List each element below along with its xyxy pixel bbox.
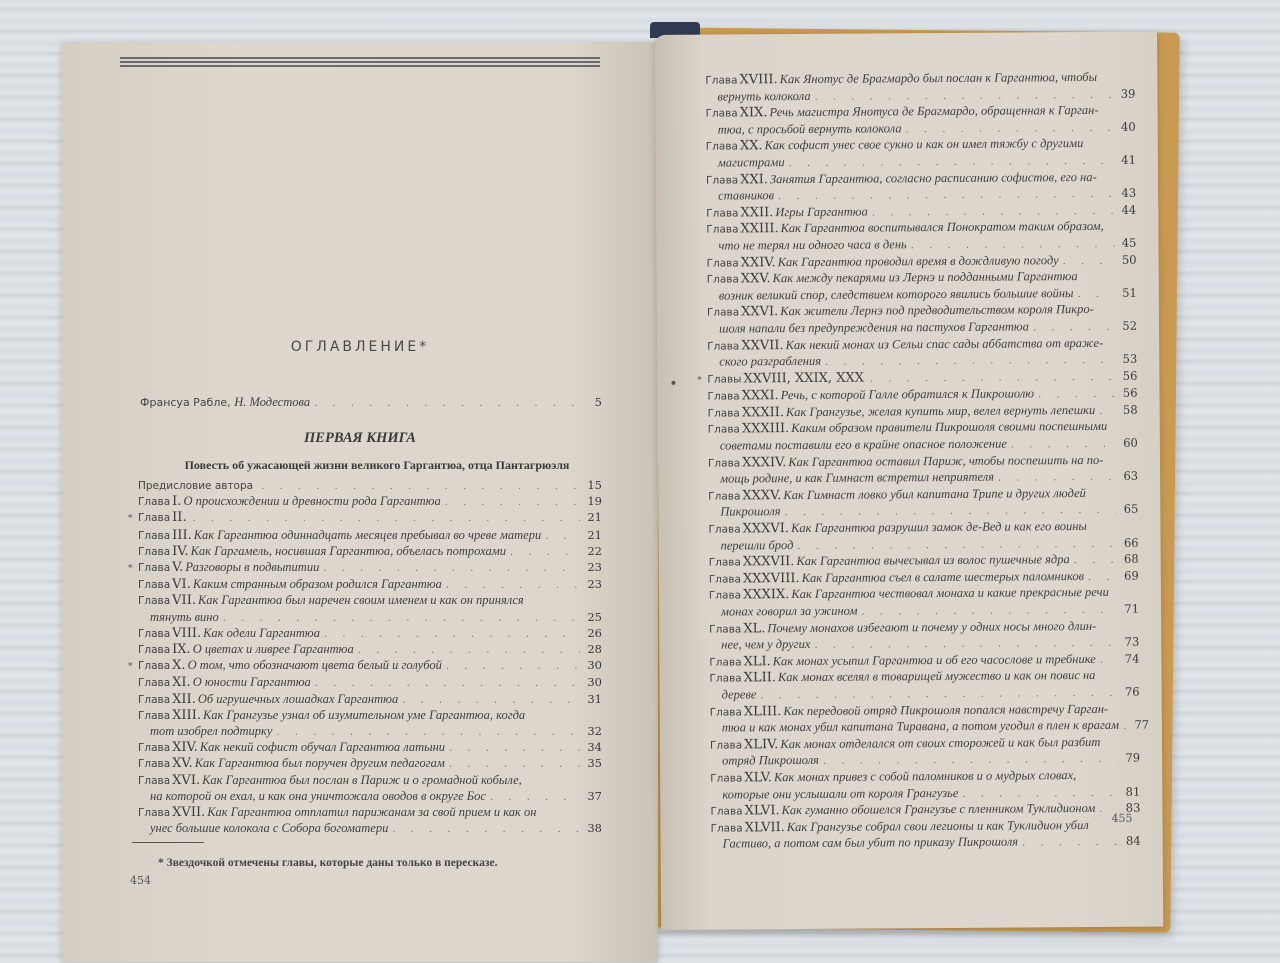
leader-dots: . . . . . . . . . . . . . . . . . . . . … bbox=[1119, 719, 1127, 735]
chapter-title: Как монах привез с собой паломников и о … bbox=[774, 768, 1076, 786]
book-heading: ПЕРВАЯ КНИГА bbox=[62, 430, 658, 447]
chapter-title-continued: шоля напали без предупреждения на пастух… bbox=[697, 319, 1029, 337]
chapter-title: Занятия Гаргантюа, согласно расписанию с… bbox=[770, 169, 1097, 187]
leader-dots: . . . . . . . . . . . . . . . . . . . . … bbox=[857, 603, 1117, 620]
chapter-label: Глава bbox=[138, 757, 170, 772]
toc-entry[interactable]: ГлаваXXVII.Как некий монах из Сельи спас… bbox=[697, 335, 1137, 371]
chapter-label: Глава bbox=[707, 273, 739, 289]
toc-list-right: ГлаваXVIII.Как Янотус де Брагмардо был п… bbox=[695, 70, 1140, 854]
chapter-label: Глава bbox=[138, 578, 170, 593]
chapter-number: XL. bbox=[743, 621, 765, 637]
toc-entry[interactable]: ГлаваXX.Как софист унес свое сукно и как… bbox=[696, 136, 1136, 172]
leader-dots: . . . . . . . . . . . . . . . . . . . . … bbox=[506, 545, 580, 560]
chapter-title-continued: отряд Пикрошоля bbox=[700, 753, 819, 769]
chapter-number: XXII. bbox=[740, 205, 773, 221]
page-number: 43 bbox=[1114, 186, 1136, 202]
leader-dots: . . . . . . . . . . . . . . . . . . . . … bbox=[320, 627, 580, 642]
page-number: 39 bbox=[1113, 86, 1135, 102]
chapter-number: XIII. bbox=[172, 708, 201, 723]
chapter-title: Как монах усыпил Гаргантюа и об его часо… bbox=[773, 652, 1096, 670]
asterisk-mark: * bbox=[128, 512, 138, 527]
leader-dots: . . . . . . . . . . . . . . . . . . . . … bbox=[442, 659, 580, 674]
decorative-triple-rule bbox=[120, 57, 600, 69]
chapter-number: V. bbox=[172, 560, 183, 575]
chapter-number: XVIII. bbox=[739, 72, 777, 88]
toc-entry[interactable]: ГлаваXLVII.Как Грангузье собрал свои лег… bbox=[700, 817, 1140, 853]
chapter-label: Глава bbox=[138, 659, 170, 674]
leader-dots: . . . . . . . . . . . . . . . . . . . . … bbox=[311, 676, 580, 691]
leader-dots: . . . . . . . . . . . . . . . . . . . . … bbox=[907, 237, 1115, 254]
chapter-number: XIX. bbox=[740, 105, 768, 121]
toc-entry[interactable]: ГлаваXI.О юности Гаргантюа. . . . . . . … bbox=[128, 675, 602, 691]
toc-entry[interactable]: ГлаваXLII.Как монах вселял в товарищей м… bbox=[699, 668, 1139, 704]
chapter-label: Глава bbox=[708, 522, 740, 538]
footnote-rule bbox=[132, 842, 204, 843]
chapter-label: Глава bbox=[706, 107, 738, 123]
chapter-number: XVI. bbox=[172, 773, 200, 788]
chapter-number: III. bbox=[172, 528, 192, 543]
book-subheading: Повесть об ужасающей жизни великого Гарг… bbox=[142, 458, 612, 473]
leader-dots: . . . . . . . . . . . . . . . . . . . . … bbox=[354, 643, 580, 658]
page-number: 30 bbox=[580, 675, 602, 690]
chapter-label: Глава bbox=[710, 705, 742, 721]
toc-title: ОГЛАВЛЕНИЕ* bbox=[62, 339, 658, 355]
chapter-title: Как Гимнаст ловко убил капитана Трипе и … bbox=[783, 486, 1086, 504]
chapter-title: Как Янотус де Брагмардо был послан к Гар… bbox=[780, 70, 1097, 88]
page-number: 50 bbox=[1115, 252, 1137, 268]
chapter-number: XI. bbox=[172, 675, 191, 690]
chapter-label: Глава bbox=[138, 806, 170, 821]
chapter-title: Как Гаргантюа отплатил парижанам за свой… bbox=[207, 805, 536, 820]
margin-mark bbox=[671, 381, 675, 385]
chapter-number: VIII. bbox=[172, 626, 201, 641]
chapter-number: XXVI. bbox=[741, 304, 778, 320]
toc-entry[interactable]: *ГлаваX.О том, что обозначают цвета белы… bbox=[128, 658, 602, 675]
page-number: 34 bbox=[580, 740, 602, 755]
chapter-title-continued: перешли брод bbox=[699, 538, 794, 554]
page-number: 5 bbox=[580, 395, 602, 410]
chapter-label: Глава bbox=[138, 676, 170, 691]
chapter-number: IV. bbox=[172, 544, 188, 559]
chapter-number: XXXVI. bbox=[743, 521, 790, 537]
page-folio-right: 455 bbox=[1111, 812, 1132, 825]
chapter-label: Глава bbox=[710, 771, 742, 787]
chapter-number: XLIII. bbox=[744, 704, 782, 720]
toc-entry[interactable]: ГлаваXXVI.Как жители Лернэ под предводит… bbox=[697, 302, 1137, 338]
page-number: 68 bbox=[1117, 552, 1139, 568]
leader-dots: . . . . . . . . . . . . . . . . . . . . … bbox=[1070, 553, 1117, 569]
chapter-number: XV. bbox=[172, 756, 193, 771]
toc-entry[interactable]: ГлаваIII.Как Гаргантюа одиннадцать месяц… bbox=[128, 528, 602, 544]
chapter-label: Глава bbox=[138, 561, 170, 576]
chapter-title-continued: что не терял ни одного часа в день bbox=[696, 237, 906, 254]
page-number: 23 bbox=[580, 560, 602, 575]
page-number: 60 bbox=[1116, 436, 1138, 452]
chapter-title: Как Гаргантюа был послан в Париж и о гро… bbox=[202, 773, 522, 788]
page-number: 40 bbox=[1114, 119, 1136, 135]
chapter-label: Глава bbox=[709, 672, 741, 688]
chapter-label: Глава bbox=[138, 643, 170, 658]
chapter-title: Почему монахов избегают и почему у одних… bbox=[767, 619, 1096, 637]
toc-entry[interactable]: ГлаваXXI.Занятия Гаргантюа, согласно рас… bbox=[696, 169, 1136, 205]
toc-entry[interactable]: ГлаваXLV.Как монах привез с собой паломн… bbox=[700, 768, 1140, 804]
leader-dots: . . . . . . . . . . . . . . . . . . . . … bbox=[1007, 437, 1116, 453]
chapter-label: Глава bbox=[138, 594, 170, 609]
chapter-number: XLV. bbox=[744, 770, 772, 786]
page-number: 25 bbox=[580, 610, 602, 625]
chapter-title: О том, что обозначают цвета белый и голу… bbox=[188, 658, 442, 673]
chapter-label: Глава bbox=[709, 589, 741, 605]
chapter-number: XII. bbox=[172, 692, 196, 707]
chapter-title: Игры Гаргантюа bbox=[775, 204, 868, 220]
page-number: 26 bbox=[580, 626, 602, 641]
page-number: 84 bbox=[1119, 834, 1141, 850]
toc-entry[interactable]: ГлаваXVII.Как Гаргантюа отплатил парижан… bbox=[128, 805, 602, 837]
chapter-label: Глава bbox=[709, 655, 741, 671]
right-page: ГлаваXVIII.Как Янотус де Брагмардо был п… bbox=[655, 31, 1163, 929]
page-number: 32 bbox=[580, 724, 602, 739]
toc-entry[interactable]: *ГлаваV.Разговоры в подвыпитии. . . . . … bbox=[128, 560, 602, 577]
chapter-number: VII. bbox=[172, 593, 196, 608]
chapter-title-continued: ского разграбления bbox=[697, 354, 821, 370]
chapter-title: Как некий софист обучал Гаргантюа латыни bbox=[200, 740, 445, 755]
leader-dots: . . . . . . . . . . . . . . . . . . . . … bbox=[1059, 253, 1115, 269]
toc-entry[interactable]: Предисловие автора. . . . . . . . . . . … bbox=[128, 478, 602, 494]
chapter-number: XIV. bbox=[172, 740, 198, 755]
chapter-title: Как одели Гаргантюа bbox=[203, 626, 320, 641]
chapter-title: Как гуманно обошелся Грангузье с пленник… bbox=[782, 801, 1096, 819]
page-number: 38 bbox=[580, 821, 602, 836]
chapter-label: Глава bbox=[138, 529, 170, 544]
page-number: 23 bbox=[580, 577, 602, 592]
chapter-number: XLI. bbox=[743, 654, 770, 670]
page-folio-left: 454 bbox=[130, 874, 151, 887]
chapter-title: Об игрушечных лошадках Гаргантюа bbox=[198, 692, 398, 707]
chapter-title-continued: возник великий спор, следствием которого… bbox=[697, 286, 1074, 304]
toc-entry[interactable]: ГлаваXIV.Как некий софист обучал Гаргант… bbox=[128, 740, 602, 756]
toc-list-left: Предисловие автора. . . . . . . . . . . … bbox=[128, 478, 602, 837]
toc-entry[interactable]: ГлаваXIII.Как Грангузье узнал об изумите… bbox=[128, 708, 602, 740]
intro-entry: Франсуа Рабле, Н. Модестова . . . . . . … bbox=[140, 395, 602, 411]
chapter-title: Как Грангузье, желая купить мир, велел в… bbox=[786, 403, 1095, 421]
chapter-title: Как Гаргантюа был наречен своим именем и… bbox=[198, 593, 524, 608]
leader-dots: . . . . . . . . . . . . . . . . . . . . … bbox=[486, 790, 580, 805]
chapter-title: Как Гаргантюа разрушил замок де-Вед и ка… bbox=[791, 519, 1087, 537]
chapter-title-continued: вернуть колокола bbox=[695, 89, 810, 105]
page-number: 21 bbox=[580, 528, 602, 543]
chapter-label: Глава bbox=[138, 627, 170, 642]
page-number: 22 bbox=[580, 544, 602, 559]
intro-author-label: Франсуа Рабле, bbox=[140, 395, 231, 410]
chapter-number: XXXV. bbox=[742, 488, 781, 504]
chapter-number: XXVII. bbox=[741, 338, 783, 354]
chapter-number: XXI. bbox=[740, 172, 768, 188]
chapter-label: Глава bbox=[707, 390, 739, 406]
chapter-label: Глава bbox=[710, 738, 742, 754]
chapter-label: Глава bbox=[710, 805, 742, 821]
chapter-number: XXXII. bbox=[742, 405, 784, 421]
toc-entry[interactable]: ГлаваXL.Почему монахов избегают и почему… bbox=[699, 618, 1139, 654]
intro-title: Н. Модестова bbox=[234, 395, 310, 410]
chapter-label: Глава bbox=[709, 572, 741, 588]
page-number: 63 bbox=[1116, 469, 1138, 485]
chapter-number: XXXVIII. bbox=[743, 571, 800, 587]
leader-dots: . . . . . . . . . . . . . . . . . . . . … bbox=[442, 578, 580, 593]
toc-entry[interactable]: ГлаваIX.О цветах и ливрее Гаргантюа. . .… bbox=[128, 642, 602, 658]
page-number: 41 bbox=[1114, 153, 1136, 169]
toc-entry[interactable]: ГлаваXIX.Речь магистра Янотуса де Брагма… bbox=[695, 103, 1135, 139]
page-number: 74 bbox=[1117, 651, 1139, 667]
chapter-title-continued: тюа и как монах убил капитана Тиравана, … bbox=[700, 718, 1119, 737]
chapter-label: Глава bbox=[138, 511, 170, 526]
chapter-title: Речь магистра Янотуса де Брагмардо, обра… bbox=[769, 103, 1098, 121]
leader-dots: . . . . . . . . . . . . . . . . . . . . … bbox=[1034, 387, 1116, 403]
chapter-number: VI. bbox=[172, 577, 191, 592]
page-number: 79 bbox=[1118, 751, 1140, 767]
page-number: 15 bbox=[580, 478, 602, 493]
leader-dots: . . . . . . . . . . . . . . . . . . . . … bbox=[774, 187, 1114, 205]
chapter-label: Глава bbox=[138, 774, 170, 789]
chapter-label: Глава bbox=[706, 223, 738, 239]
page-number: 65 bbox=[1116, 502, 1138, 518]
chapter-number: XXXIV. bbox=[742, 455, 786, 471]
chapter-title-continued: Гастиво, а потом сам был убит по приказу… bbox=[701, 835, 1019, 853]
page-number: 28 bbox=[580, 642, 602, 657]
toc-entry[interactable]: ГлаваXXXIII.Каким образом правители Пикр… bbox=[698, 419, 1138, 455]
leader-dots: . . . . . . . . . . . . . . . . . . . . … bbox=[958, 785, 1118, 802]
leader-dots: . . . . . . . . . . . . . . . . . . . . … bbox=[541, 529, 580, 544]
chapter-title: Как некий монах из Сельи спас сады аббат… bbox=[786, 335, 1104, 353]
page-number: 56 bbox=[1115, 386, 1137, 402]
chapter-title-continued: монах говорил за ужином bbox=[699, 604, 857, 621]
toc-entry[interactable]: ГлаваXLIII.Как передовой отряд Пикрошоля… bbox=[700, 701, 1140, 737]
chapter-title: Как Гаргантюа был поручен другим педагог… bbox=[195, 756, 445, 771]
chapter-label: Глава bbox=[138, 741, 170, 756]
leader-dots: . . . . . . . . . . . . . . . . . . . . … bbox=[1095, 404, 1115, 420]
asterisk-mark: * bbox=[697, 373, 707, 389]
toc-entry[interactable]: ГлаваXXXIX.Как Гаргантюа чествовал монах… bbox=[699, 585, 1139, 621]
chapter-number: XXV. bbox=[741, 271, 771, 287]
leader-dots: . . . . . . . . . . . . . . . . . . . . … bbox=[821, 353, 1115, 371]
chapter-title: Как Гаргамель, носившая Гаргантюа, объел… bbox=[191, 544, 506, 559]
chapter-label: Главы bbox=[707, 372, 741, 388]
page-number: 58 bbox=[1116, 403, 1138, 419]
chapter-label: Глава bbox=[707, 256, 739, 272]
chapter-number: XX. bbox=[740, 139, 763, 155]
chapter-title: Каким странным образом родился Гаргантюа bbox=[193, 577, 442, 592]
leader-dots: . . . . . . . . . . . . . . . . . . . . … bbox=[994, 470, 1116, 486]
leader-dots: . . . . . . . . . . . . . . . . . . . . … bbox=[1018, 835, 1119, 851]
leader-dots: . . . . . . . . . . . . . . . . . . . . … bbox=[219, 611, 580, 626]
chapter-title-continued: Пикрошоля bbox=[698, 505, 780, 521]
chapter-label: Глава bbox=[707, 339, 739, 355]
chapter-label: Предисловие автора bbox=[138, 479, 253, 494]
chapter-number: XXIII. bbox=[740, 221, 778, 237]
toc-entry[interactable]: ГлаваXXIII.Как Гаргантюа воспитывался По… bbox=[696, 219, 1136, 255]
chapter-title: Разговоры в подвыпитии bbox=[185, 560, 319, 575]
chapter-title: Как Гаргантюа съел в салате шестерых пал… bbox=[802, 569, 1084, 587]
page-number: 44 bbox=[1114, 202, 1136, 218]
chapter-label: Глава bbox=[705, 73, 737, 89]
page-number: 71 bbox=[1117, 602, 1139, 618]
toc-entry[interactable]: ГлаваIV.Как Гаргамель, носившая Гаргантю… bbox=[128, 544, 602, 560]
chapter-number: II. bbox=[172, 510, 186, 525]
chapter-title-continued: унес большие колокола с Собора богоматер… bbox=[128, 821, 388, 836]
chapter-title-continued: на которой он ехал, и как она уничтожала… bbox=[128, 789, 486, 804]
toc-entry[interactable]: ГлаваVIII.Как одели Гаргантюа. . . . . .… bbox=[128, 626, 602, 642]
toc-entry[interactable]: ГлаваXXXVI.Как Гаргантюа разрушил замок … bbox=[698, 519, 1138, 555]
chapter-number: X. bbox=[172, 658, 185, 673]
toc-entry[interactable]: ГлаваVII.Как Гаргантюа был наречен своим… bbox=[128, 593, 602, 625]
chapter-title: О цветах и ливрее Гаргантюа bbox=[193, 642, 354, 657]
page-number: 69 bbox=[1117, 568, 1139, 584]
chapter-title-continued: ставников bbox=[696, 188, 774, 204]
chapter-number: XLVI. bbox=[745, 803, 780, 819]
chapter-label: Глава bbox=[710, 821, 742, 837]
leader-dots: . . . . . . . . . . . . . . . . . . . . … bbox=[1084, 570, 1117, 586]
chapter-label: Глава bbox=[708, 406, 740, 422]
page-number: 53 bbox=[1115, 352, 1137, 368]
page-number: 66 bbox=[1117, 535, 1139, 551]
leader-dots: . . . . . . . . . . . . . . . . . . . . … bbox=[445, 741, 580, 756]
chapter-label: Глава bbox=[708, 489, 740, 505]
chapter-title-continued: тот изобрел подтирку bbox=[128, 724, 272, 739]
toc-entry[interactable]: ГлаваXVI.Как Гаргантюа был послан в Пари… bbox=[128, 773, 602, 805]
chapter-title: Как Гаргантюа одиннадцать месяцев пребыв… bbox=[194, 528, 541, 543]
page-number: 77 bbox=[1127, 718, 1149, 734]
chapter-title: Каким образом правители Пикрошоля своими… bbox=[791, 419, 1107, 437]
chapter-title-continued: советами поставили его в крайне опасное … bbox=[698, 437, 1007, 455]
leader-dots: . . . . . . . . . . . . . . . . . . . . … bbox=[319, 561, 580, 576]
chapter-title-continued: тянуть вино bbox=[128, 610, 219, 625]
toc-entry[interactable]: *ГлаваII.. . . . . . . . . . . . . . . .… bbox=[128, 510, 602, 527]
page-number: 56 bbox=[1115, 368, 1137, 384]
leader-dots: . . . . . . . . . . . . . . . . . . . . … bbox=[902, 121, 1114, 138]
chapter-number: IX. bbox=[172, 642, 191, 657]
chapter-title: Как жители Лернэ под предводительством к… bbox=[780, 302, 1094, 320]
chapter-number: XXVIII, XXIX, XXX bbox=[743, 370, 864, 386]
asterisk-mark: * bbox=[128, 660, 138, 675]
page-number: 73 bbox=[1117, 635, 1139, 651]
chapter-number: XLII. bbox=[744, 671, 776, 687]
chapter-title-continued: которые они услышали от короля Грангузье bbox=[700, 785, 958, 802]
chapter-title-continued: тюа, с просьбой вернуть колокола bbox=[696, 121, 902, 138]
page-number: 19 bbox=[580, 494, 602, 509]
chapter-title-continued: магистрами bbox=[696, 155, 785, 171]
chapter-label: Глава bbox=[708, 423, 740, 439]
left-page: ОГЛАВЛЕНИЕ* Франсуа Рабле, Н. Модестова … bbox=[62, 42, 658, 962]
chapter-label: Глава bbox=[138, 693, 170, 708]
toc-entry[interactable]: ГлаваI.О происхождении и древности рода … bbox=[128, 494, 602, 510]
chapter-number: XLIV. bbox=[744, 737, 778, 753]
chapter-number: XXIV. bbox=[741, 255, 776, 271]
chapter-title-continued: дереве bbox=[700, 687, 757, 703]
toc-entry[interactable]: ГлаваXII.Об игрушечных лошадках Гаргантю… bbox=[128, 692, 602, 708]
chapter-title: Как монах вселял в товарищей мужество и … bbox=[778, 668, 1096, 686]
page-number: 51 bbox=[1115, 285, 1137, 301]
page-number: 35 bbox=[580, 756, 602, 771]
toc-entry[interactable]: ГлаваXXV.Как между пекарями из Лернэ и п… bbox=[697, 269, 1137, 305]
chapter-label: Глава bbox=[706, 140, 738, 156]
chapter-title: О юности Гаргантюа bbox=[193, 675, 311, 690]
page-number: 31 bbox=[580, 692, 602, 707]
leader-dots: . . . . . . . . . . . . . . . . . . . . … bbox=[1029, 320, 1115, 336]
chapter-title: Как Грангузье собрал свои легионы и как … bbox=[787, 818, 1089, 836]
chapter-title: Как Гаргантюа вычесывал из волос пушечны… bbox=[796, 552, 1069, 570]
chapter-number: XXXI. bbox=[742, 388, 779, 404]
page-number: 21 bbox=[580, 510, 602, 525]
leader-dots: . . . . . . . . . . . . . . . . . . . . … bbox=[868, 204, 1115, 221]
leader-dots: . . . . . . . . . . . . . . . . . . . . … bbox=[398, 693, 580, 708]
page-number: 37 bbox=[580, 789, 602, 804]
chapter-number: XVII. bbox=[172, 805, 205, 820]
leader-dots: . . . . . . . . . . . . . . . . . . . . … bbox=[445, 757, 580, 772]
page-number: 52 bbox=[1115, 319, 1137, 335]
chapter-title: Как передовой отряд Пикрошоля попался на… bbox=[783, 701, 1108, 719]
page-number: 81 bbox=[1118, 784, 1140, 800]
chapter-number: XXXIX. bbox=[743, 587, 789, 603]
toc-entry[interactable]: ГлаваXV.Как Гаргантюа был поручен другим… bbox=[128, 756, 602, 772]
toc-entry[interactable]: ГлаваXVIII.Как Янотус де Брагмардо был п… bbox=[695, 70, 1135, 106]
chapter-label: Глава bbox=[709, 556, 741, 572]
chapter-title: Речь, с которой Галле обратился к Пикрош… bbox=[781, 387, 1034, 404]
chapter-title-continued: мощь родине, и как Гимнаст встретил непр… bbox=[698, 470, 994, 488]
leader-dots: . . . . . . . . . . . . . . . . . . . . … bbox=[1073, 287, 1114, 303]
chapter-number: XXXIII. bbox=[742, 422, 789, 438]
chapter-title: Как между пекарями из Лернэ и подданными… bbox=[773, 269, 1078, 287]
chapter-title: Как монах отделался от своих сторожей и … bbox=[780, 735, 1100, 753]
chapter-title: Как софист унес свое сукно и как он имел… bbox=[765, 136, 1084, 154]
chapter-label: Глава bbox=[708, 456, 740, 472]
leader-dots: . . . . . . . . . . . . . . . . . . . . … bbox=[272, 725, 580, 740]
chapter-label: Глава bbox=[706, 173, 738, 189]
chapter-label: Глава bbox=[138, 495, 170, 510]
page-number: 30 bbox=[580, 658, 602, 673]
toc-entry[interactable]: ГлаваXXXIV.Как Гаргантюа оставил Париж, … bbox=[698, 452, 1138, 488]
leader-dots: . . . . . . . . . . . . . . . . . . . . … bbox=[189, 511, 580, 526]
chapter-label: Глава bbox=[138, 709, 170, 724]
leader-dots: . . . . . . . . . . . . . . . . . . . . … bbox=[866, 369, 1116, 386]
chapter-title-continued: нее, чем у других bbox=[699, 637, 810, 653]
chapter-title: Как Гаргантюа оставил Париж, чтобы поспе… bbox=[788, 453, 1103, 471]
chapter-label: Глава bbox=[709, 622, 741, 638]
leader-dots: . . . . . . . . . . . . . . . . . . . . … bbox=[388, 822, 580, 837]
footnote: * Звездочкой отмечены главы, которые дан… bbox=[158, 857, 497, 869]
chapter-title: Как Гаргантюа проводил время в дождливую… bbox=[778, 253, 1059, 271]
leader-dots: . . . . . . . . . . . . . . . . . . . . … bbox=[441, 495, 580, 510]
page-number: 76 bbox=[1118, 685, 1140, 701]
chapter-number: XLVII. bbox=[745, 820, 785, 836]
leader-dots: . . . . . . . . . . . . . . . . . . . . … bbox=[257, 479, 580, 494]
chapter-label: Глава bbox=[707, 306, 739, 322]
leader-dots: . . . . . . . . . . . . . . . . . . . . … bbox=[310, 396, 580, 411]
toc-entry[interactable]: ГлаваXXXV.Как Гимнаст ловко убил капитан… bbox=[698, 485, 1138, 521]
page-number: 45 bbox=[1114, 236, 1136, 252]
asterisk-mark: * bbox=[128, 562, 138, 577]
chapter-title: Как Грангузье узнал об изумительном уме … bbox=[203, 708, 525, 723]
chapter-title: Как Гаргантюа воспитывался Понократом та… bbox=[781, 219, 1104, 237]
leader-dots: . . . . . . . . . . . . . . . . . . . . … bbox=[1096, 653, 1118, 669]
chapter-title: О происхождении и древности рода Гаргант… bbox=[183, 494, 440, 509]
toc-entry[interactable]: ГлаваXLIV.Как монах отделался от своих с… bbox=[700, 734, 1140, 770]
toc-entry[interactable]: ГлаваVI.Каким странным образом родился Г… bbox=[128, 577, 602, 593]
chapter-label: Глава bbox=[138, 545, 170, 560]
chapter-number: I. bbox=[172, 494, 181, 509]
chapter-title: Как Гаргантюа чествовал монаха и какие п… bbox=[791, 585, 1109, 603]
chapter-number: XXXVII. bbox=[743, 554, 795, 570]
chapter-label: Глава bbox=[706, 206, 738, 222]
